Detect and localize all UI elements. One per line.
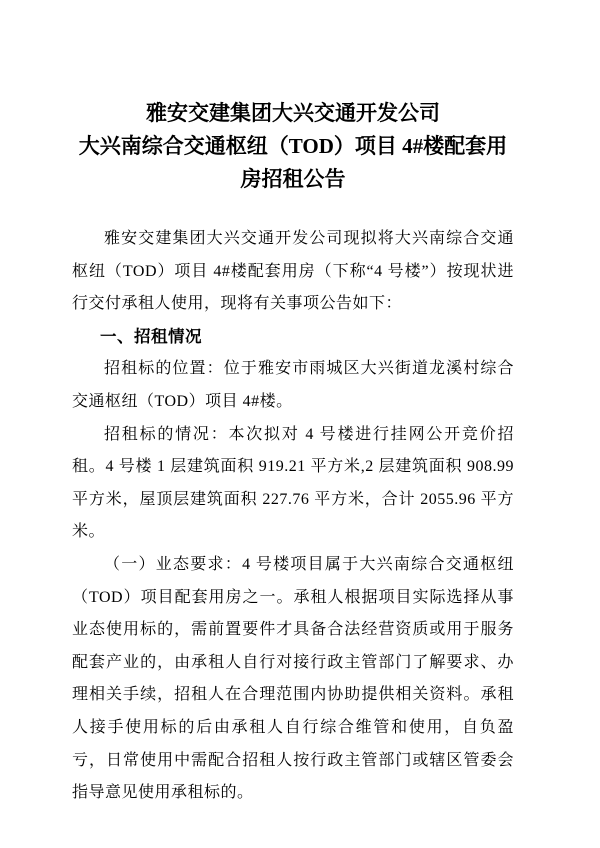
paragraph-rental-details: 招租标的情况：本次拟对 4 号楼进行挂网公开竞价招租。4 号楼 1 层建筑面积 … <box>72 419 514 549</box>
document-page: 雅安交建集团大兴交通开发公司 大兴南综合交通枢纽（TOD）项目 4#楼配套用房招… <box>0 0 600 848</box>
title-line-company: 雅安交建集团大兴交通开发公司 <box>72 97 514 130</box>
paragraph-business-requirements: （一）业态要求：4 号楼项目属于大兴南综合交通枢纽（TOD）项目配套用房之一。承… <box>72 549 514 810</box>
paragraph-location: 招租标的位置：位于雅安市雨城区大兴街道龙溪村综合交通枢纽（TOD）项目 4#楼。 <box>72 353 514 418</box>
paragraph-intro: 雅安交建集团大兴交通开发公司现拟将大兴南综合交通枢纽（TOD）项目 4#楼配套用… <box>72 223 514 321</box>
document-title: 雅安交建集团大兴交通开发公司 大兴南综合交通枢纽（TOD）项目 4#楼配套用房招… <box>72 97 514 196</box>
title-line-project: 大兴南综合交通枢纽（TOD）项目 4#楼配套用房招租公告 <box>72 130 514 196</box>
section-heading-rental-overview: 一、招租情况 <box>72 321 514 354</box>
